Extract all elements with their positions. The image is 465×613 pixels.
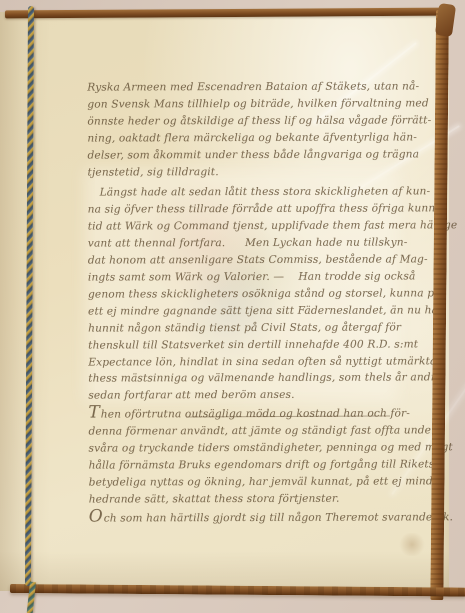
manuscript-line: gon Svensk Mans tillhielp og biträde, hv…	[87, 95, 394, 113]
manuscript-line: delser, som åkommit under thess både lån…	[87, 146, 394, 164]
manuscript-line: thess mästsinniga og välmenande handling…	[88, 370, 395, 388]
manuscript-line: ett ej mindre gagnande sätt tjena sitt F…	[88, 302, 395, 320]
manuscript-line: ning, oaktadt flera märckeliga og bekant…	[87, 129, 394, 147]
manuscript-line: Och som han härtills gjordt sig till någ…	[89, 507, 396, 527]
manuscript-paragraph: Och som han härtills gjordt sig till någ…	[89, 507, 396, 527]
manuscript-line: vant att thennal fortfara. Men Lyckan ha…	[88, 235, 395, 253]
manuscript-photo: Ryska Armeen med Escenadren Bataion af S…	[0, 0, 465, 613]
manuscript-line: denna förmenar användt, att jämte og stä…	[88, 423, 395, 441]
manuscript-line: Ryska Armeen med Escenadren Bataion af S…	[87, 78, 394, 96]
manuscript-line: hålla förnämsta Bruks egendomars drift o…	[89, 456, 396, 474]
book-cover-corner	[435, 3, 456, 37]
manuscript-line: svåra og tryckande tiders omständigheter…	[88, 439, 395, 457]
manuscript-line: na sig öfver thess tillrade förråde att …	[88, 201, 395, 219]
manuscript-line: genom thess skickligheters osökniga stån…	[88, 285, 395, 303]
manuscript-line: tid att Wärk og Command tjenst, upplifva…	[88, 218, 395, 236]
manuscript-line: betydeliga nyttas og ökning, har jemväl …	[89, 473, 396, 491]
foxing-stain	[398, 533, 426, 556]
manuscript-paragraph: Längst hade alt sedan låtit thess stora …	[88, 184, 396, 405]
manuscript-line: thenskull till Statsverket sin dertill i…	[88, 336, 395, 354]
manuscript-line: tjenstetid, sig tilldragit.	[88, 163, 395, 181]
manuscript-line: dat honom att ansenligare Stats Commiss,…	[88, 252, 395, 270]
manuscript-paragraph: Then oförtrutna outsägliga möda og kostn…	[88, 404, 395, 509]
manuscript-line: Längst hade alt sedan låtit thess stora …	[88, 184, 395, 202]
manuscript-line: sedan fortfarar att med beröm anses.	[88, 387, 395, 405]
manuscript-line: Then oförtrutna outsägliga möda og kostn…	[88, 404, 395, 424]
manuscript-line: ingts samt som Wärk og Valorier. — Han t…	[88, 268, 395, 286]
manuscript-text: Ryska Armeen med Escenadren Bataion af S…	[87, 78, 396, 527]
manuscript-line: önnste heder og åtskildige af thess lif …	[87, 112, 394, 130]
manuscript-line: hunnit någon ständig tienst på Civil Sta…	[88, 319, 395, 337]
manuscript-paragraph: Ryska Armeen med Escenadren Bataion af S…	[87, 78, 394, 181]
manuscript-line: hedrande sätt, skattat thess stora förtj…	[89, 490, 396, 508]
manuscript-line: Expectance lön, hindlat in sina sedan of…	[88, 353, 395, 371]
